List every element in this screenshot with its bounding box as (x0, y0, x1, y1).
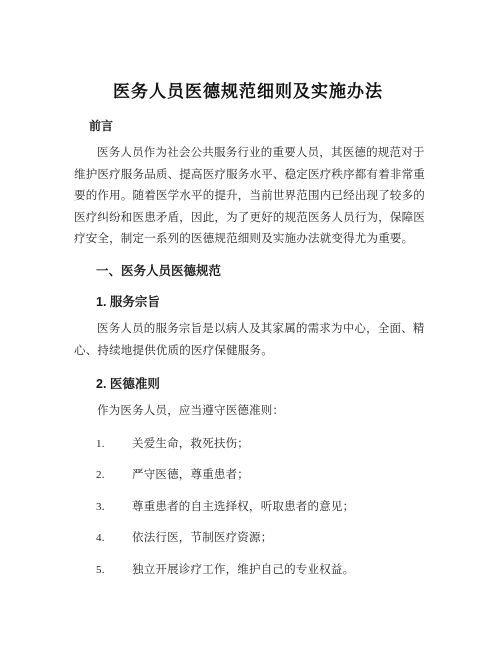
paragraph-line: 疗安全，制定一系列的医德规范细则及实施办法就变得尤为重要。 (74, 229, 422, 251)
list-item-text: 尊重患者的自主选择权，听取患者的意见； (132, 501, 354, 513)
list-item-number: 5. (96, 562, 132, 578)
list-item-text: 独立开展诊疗工作，维护自己的专业权益。 (132, 564, 354, 576)
ethics-intro-paragraph: 作为医务人员，应当遵守医德准则： (74, 401, 422, 423)
list-item: 4.依法行医，节制医疗资源； (96, 530, 422, 546)
paragraph-line: 要的作用。随着医学水平的提升，当前世界范围内已经出现了较多的 (74, 186, 422, 208)
list-item-text: 依法行医，节制医疗资源； (132, 532, 272, 544)
list-item-text: 严守医德，尊重患者； (132, 469, 249, 481)
paragraph-line: 医务人员作为社会公共服务行业的重要人员，其医德的规范对于 (74, 143, 422, 165)
paragraph-line: 心、持续地提供优质的医疗保健服务。 (74, 341, 422, 363)
list-item: 3.尊重患者的自主选择权，听取患者的意见； (96, 499, 422, 515)
paragraph-line: 医务人员的服务宗旨是以病人及其家属的需求为中心，全面、精 (74, 319, 422, 341)
preface-paragraph: 医务人员作为社会公共服务行业的重要人员，其医德的规范对于 维护医疗服务品质、提高… (74, 143, 422, 251)
list-item-text: 关爱生命，救死扶伤； (132, 438, 249, 450)
paragraph-line: 作为医务人员，应当遵守医德准则： (74, 401, 422, 423)
list-item: 2.严守医德，尊重患者； (96, 467, 422, 483)
list-item-number: 1. (96, 436, 132, 452)
list-item-number: 3. (96, 499, 132, 515)
subsection2-heading: 2. 医德准则 (96, 376, 422, 392)
document-page: 医务人员医德规范细则及实施办法 前言 医务人员作为社会公共服务行业的重要人员，其… (0, 0, 500, 647)
paragraph-line: 维护医疗服务品质、提高医疗服务水平、稳定医疗秩序都有着非常重 (74, 165, 422, 187)
ethics-rules-list: 1.关爱生命，救死扶伤； 2.严守医德，尊重患者； 3.尊重患者的自主选择权，听… (74, 436, 422, 578)
preface-heading: 前言 (89, 118, 422, 134)
paragraph-line: 医疗纠纷和医患矛盾，因此，为了更好的规范医务人员行为，保障医 (74, 208, 422, 230)
list-item-number: 4. (96, 530, 132, 546)
service-purpose-paragraph: 医务人员的服务宗旨是以病人及其家属的需求为中心，全面、精 心、持续地提供优质的医… (74, 319, 422, 362)
list-item: 5.独立开展诊疗工作，维护自己的专业权益。 (96, 562, 422, 578)
section1-heading: 一、医务人员医德规范 (96, 263, 422, 279)
list-item: 1.关爱生命，救死扶伤； (96, 436, 422, 452)
list-item-number: 2. (96, 467, 132, 483)
document-title: 医务人员医德规范细则及实施办法 (74, 80, 422, 104)
subsection1-heading: 1. 服务宗旨 (96, 294, 422, 310)
